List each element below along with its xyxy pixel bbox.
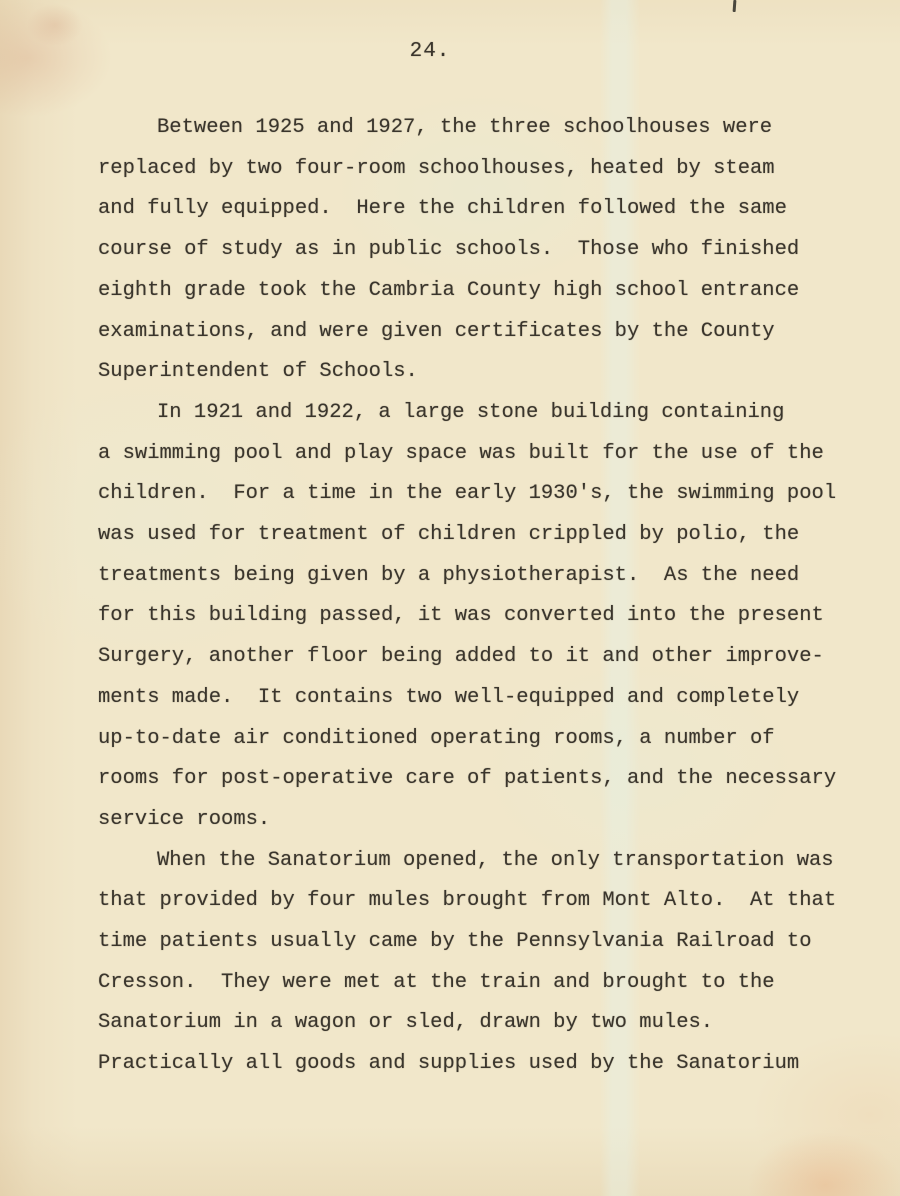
text-line: Cresson. They were met at the train and … — [98, 963, 842, 1004]
text-line: eighth grade took the Cambria County hig… — [98, 271, 842, 312]
text-line: service rooms. — [98, 800, 842, 841]
text-line: Practically all goods and supplies used … — [98, 1044, 842, 1085]
document-page: 24. Between 1925 and 1927, the three sch… — [0, 0, 900, 1196]
text-line: ments made. It contains two well-equippe… — [98, 678, 842, 719]
text-line: Superintendent of Schools. — [98, 352, 842, 393]
text-line: was used for treatment of children cripp… — [98, 515, 842, 556]
scan-edge-mark — [733, 0, 737, 12]
text-line: children. For a time in the early 1930's… — [98, 474, 842, 515]
text-line: In 1921 and 1922, a large stone building… — [98, 393, 842, 434]
paragraph: In 1921 and 1922, a large stone building… — [98, 393, 842, 841]
page-body: Between 1925 and 1927, the three schoolh… — [98, 108, 842, 1085]
text-line: that provided by four mules brought from… — [98, 881, 842, 922]
text-line: When the Sanatorium opened, the only tra… — [98, 841, 842, 882]
paragraph: When the Sanatorium opened, the only tra… — [98, 841, 842, 1085]
text-line: Sanatorium in a wagon or sled, drawn by … — [98, 1003, 842, 1044]
text-line: Surgery, another floor being added to it… — [98, 637, 842, 678]
text-line: for this building passed, it was convert… — [98, 596, 842, 637]
text-line: examinations, and were given certificate… — [98, 312, 842, 353]
text-line: a swimming pool and play space was built… — [98, 434, 842, 475]
text-line: Between 1925 and 1927, the three schoolh… — [98, 108, 842, 149]
text-line: up-to-date air conditioned operating roo… — [98, 719, 842, 760]
text-line: course of study as in public schools. Th… — [98, 230, 842, 271]
text-line: rooms for post-operative care of patient… — [98, 759, 842, 800]
text-line: treatments being given by a physiotherap… — [98, 556, 842, 597]
text-line: replaced by two four-room schoolhouses, … — [98, 149, 842, 190]
text-line: time patients usually came by the Pennsy… — [98, 922, 842, 963]
paragraph: Between 1925 and 1927, the three schoolh… — [98, 108, 842, 393]
page-number: 24. — [0, 40, 860, 63]
text-line: and fully equipped. Here the children fo… — [98, 189, 842, 230]
